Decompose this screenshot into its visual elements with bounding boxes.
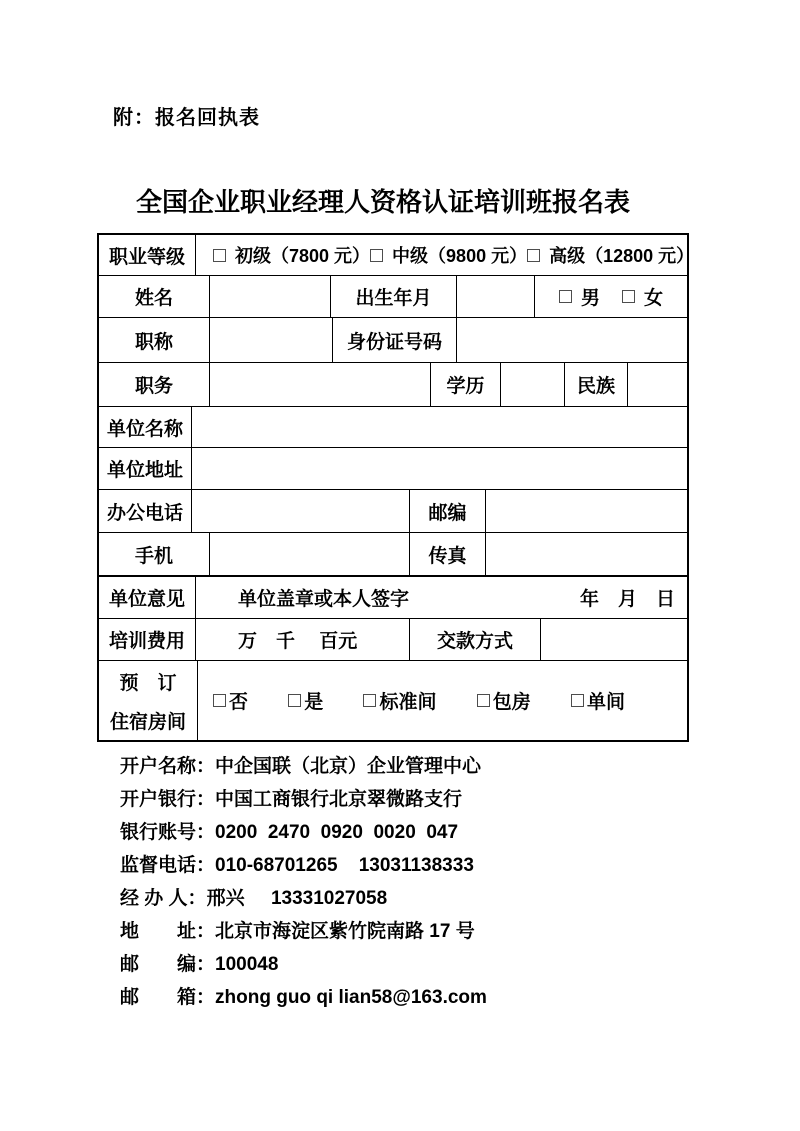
- room-yes-checkbox-icon[interactable]: [288, 694, 301, 707]
- option-male[interactable]: 男: [559, 283, 600, 310]
- row-unit-opinion: 单位意见 单位盖章或本人签字 年 月 日: [99, 575, 687, 618]
- room-standard-checkbox-icon[interactable]: [363, 694, 376, 707]
- position-label: 职务: [99, 363, 209, 406]
- training-fee-label: 培训费用: [99, 619, 195, 660]
- room-single-checkbox-icon[interactable]: [571, 694, 584, 707]
- address-value: 北京市海淀区紫竹院南路 17 号: [215, 915, 475, 948]
- birth-input-cell[interactable]: [456, 276, 534, 317]
- form-title: 全国企业职业经理人资格认证培训班报名表: [87, 182, 679, 219]
- option-female[interactable]: 女: [622, 283, 663, 310]
- room-options: 否 是 标准间 包房 单间: [197, 661, 687, 740]
- intermediate-checkbox-icon[interactable]: [370, 249, 383, 262]
- option-room-yes[interactable]: 是: [288, 687, 323, 714]
- registration-form-table: 职业等级 初级（7800 元） 中级（9800 元） 高级（12800 元） 姓…: [97, 233, 689, 742]
- name-input-cell[interactable]: [209, 276, 330, 317]
- office-phone-input-cell[interactable]: [191, 490, 409, 532]
- junior-checkbox-icon[interactable]: [213, 249, 226, 262]
- account-name-line: 开户名称：中企国联（北京）企业管理中心: [120, 750, 487, 783]
- bank-name-label: 开户银行：: [120, 783, 215, 816]
- room-booking-label: 预 订 住宿房间: [99, 661, 197, 740]
- row-job-title: 职称 身份证号码: [99, 317, 687, 362]
- row-career-level: 职业等级 初级（7800 元） 中级（9800 元） 高级（12800 元）: [99, 235, 687, 275]
- company-address-input-cell[interactable]: [191, 448, 687, 489]
- id-number-label: 身份证号码: [332, 318, 456, 362]
- senior-checkbox-icon[interactable]: [527, 249, 540, 262]
- address-label: 地 址：: [120, 915, 215, 948]
- row-company-name: 单位名称: [99, 406, 687, 447]
- option-senior[interactable]: 高级（12800 元）: [527, 242, 687, 268]
- postcode-label: 邮 编：: [120, 948, 215, 981]
- bank-name-value: 中国工商银行北京翠微路支行: [215, 783, 462, 816]
- option-room-standard[interactable]: 标准间: [363, 687, 436, 714]
- bank-account-label: 银行账号：: [120, 816, 215, 849]
- row-name: 姓名 出生年月 男 女: [99, 275, 687, 317]
- name-label: 姓名: [99, 276, 209, 317]
- fee-amount-cell[interactable]: 万 千 百元: [195, 619, 409, 660]
- room-suite-checkbox-icon[interactable]: [477, 694, 490, 707]
- fax-input-cell[interactable]: [485, 533, 687, 575]
- payment-method-input-cell[interactable]: [540, 619, 687, 660]
- company-name-label: 单位名称: [99, 407, 191, 447]
- row-training-fee: 培训费用 万 千 百元 交款方式: [99, 618, 687, 660]
- supervision-phone-label: 监督电话：: [120, 849, 215, 882]
- birth-label: 出生年月: [330, 276, 456, 317]
- option-room-suite[interactable]: 包房: [477, 687, 531, 714]
- unit-opinion-label: 单位意见: [99, 577, 195, 618]
- option-intermediate[interactable]: 中级（9800 元）: [370, 242, 527, 268]
- male-checkbox-icon[interactable]: [559, 290, 572, 303]
- option-junior[interactable]: 初级（7800 元）: [213, 242, 370, 268]
- row-office-phone: 办公电话 邮编: [99, 489, 687, 532]
- account-name-value: 中企国联（北京）企业管理中心: [215, 750, 481, 783]
- company-name-input-cell[interactable]: [191, 407, 687, 447]
- row-position: 职务 学历 民族: [99, 362, 687, 406]
- fax-label: 传真: [409, 533, 485, 575]
- contact-info-block: 开户名称：中企国联（北京）企业管理中心 开户银行：中国工商银行北京翠微路支行 银…: [120, 750, 487, 1014]
- education-input-cell[interactable]: [500, 363, 564, 406]
- account-name-label: 开户名称：: [120, 750, 215, 783]
- supervision-phone-value: 010-68701265 13031138333: [215, 849, 474, 882]
- option-room-single[interactable]: 单间: [571, 687, 625, 714]
- ethnicity-label: 民族: [564, 363, 627, 406]
- row-mobile: 手机 传真: [99, 532, 687, 575]
- education-label: 学历: [430, 363, 500, 406]
- row-company-address: 单位地址: [99, 447, 687, 489]
- date-hint: 年 月 日: [580, 584, 675, 611]
- zip-input-cell[interactable]: [485, 490, 687, 532]
- address-line: 地 址：北京市海淀区紫竹院南路 17 号: [120, 915, 487, 948]
- agent-label: 经 办 人：: [120, 882, 207, 915]
- female-checkbox-icon[interactable]: [622, 290, 635, 303]
- email-value: zhong guo qi lian58@163.com: [215, 981, 487, 1014]
- email-label: 邮 箱：: [120, 981, 215, 1014]
- position-input-cell[interactable]: [209, 363, 430, 406]
- ethnicity-input-cell[interactable]: [627, 363, 687, 406]
- company-address-label: 单位地址: [99, 448, 191, 489]
- zip-label: 邮编: [409, 490, 485, 532]
- gender-options: 男 女: [534, 276, 687, 317]
- bank-name-line: 开户银行：中国工商银行北京翠微路支行: [120, 783, 487, 816]
- mobile-label: 手机: [99, 533, 209, 575]
- id-number-input-cell[interactable]: [456, 318, 687, 362]
- payment-method-label: 交款方式: [409, 619, 540, 660]
- career-level-options: 初级（7800 元） 中级（9800 元） 高级（12800 元）: [195, 235, 687, 275]
- supervision-phone-line: 监督电话：010-68701265 13031138333: [120, 849, 487, 882]
- bank-account-value: 0200 2470 0920 0020 047: [215, 816, 458, 849]
- agent-value: 邢兴 13331027058: [207, 882, 388, 915]
- mobile-input-cell[interactable]: [209, 533, 409, 575]
- email-line: 邮 箱：zhong guo qi lian58@163.com: [120, 981, 487, 1014]
- postcode-line: 邮 编：100048: [120, 948, 487, 981]
- office-phone-label: 办公电话: [99, 490, 191, 532]
- attachment-note: 附：报名回执表: [113, 101, 260, 130]
- document-page: 附：报名回执表 全国企业职业经理人资格认证培训班报名表 职业等级 初级（7800…: [0, 0, 800, 1131]
- bank-account-line: 银行账号：0200 2470 0920 0020 047: [120, 816, 487, 849]
- agent-line: 经 办 人：邢兴 13331027058: [120, 882, 487, 915]
- sign-hint: 单位盖章或本人签字: [238, 584, 409, 611]
- row-room-booking: 预 订 住宿房间 否 是 标准间 包房 单间: [99, 660, 687, 740]
- career-level-label: 职业等级: [99, 235, 195, 275]
- postcode-value: 100048: [215, 948, 278, 981]
- unit-opinion-cell[interactable]: 单位盖章或本人签字 年 月 日: [195, 577, 687, 618]
- job-title-input-cell[interactable]: [209, 318, 332, 362]
- room-no-checkbox-icon[interactable]: [213, 694, 226, 707]
- job-title-label: 职称: [99, 318, 209, 362]
- option-room-no[interactable]: 否: [213, 687, 248, 714]
